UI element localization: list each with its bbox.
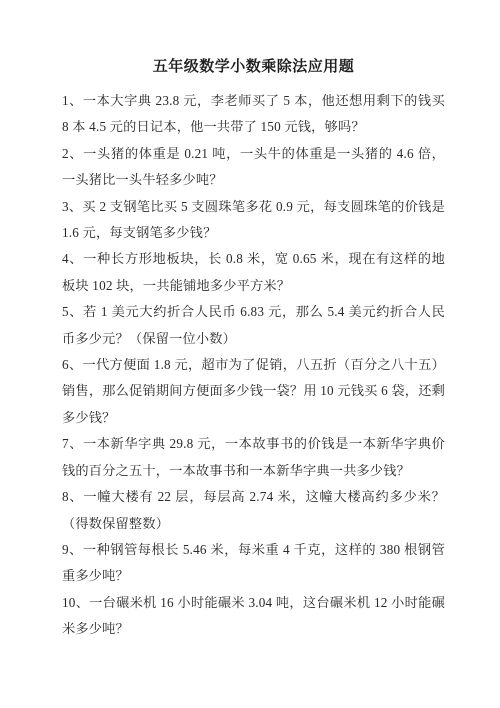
problem-7: 7、一本新华字典 29.8 元，一本故事书的价钱是一本新华字典价钱的百分之五十，…: [62, 431, 445, 484]
problem-10: 10、一台碾米机 16 小时能碾米 3.04 吨，这台碾米机 12 小时能碾米多…: [62, 590, 445, 643]
problem-list: 1、一本大字典 23.8 元，李老师买了 5 本，他还想用剩下的钱买 8 本 4…: [62, 88, 445, 643]
problem-4: 4、一种长方形地板块，长 0.8 米，宽 0.65 米，现在有这样的地板块 10…: [62, 246, 445, 299]
worksheet-page: 五年级数学小数乘除法应用题 1、一本大字典 23.8 元，李老师买了 5 本，他…: [0, 0, 500, 708]
problem-9: 9、一种钢管每根长 5.46 米，每米重 4 千克，这样的 380 根钢管重多少…: [62, 537, 445, 590]
problem-5: 5、若 1 美元大约折合人民币 6.83 元，那么 5.4 美元约折合人民币多少…: [62, 299, 445, 352]
page-title: 五年级数学小数乘除法应用题: [62, 54, 445, 80]
problem-6: 6、一代方便面 1.8 元，超市为了促销，八五折（百分之八十五）销售，那么促销期…: [62, 352, 445, 431]
problem-1: 1、一本大字典 23.8 元，李老师买了 5 本，他还想用剩下的钱买 8 本 4…: [62, 88, 445, 141]
problem-2: 2、一头猪的体重是 0.21 吨，一头牛的体重是一头猪的 4.6 倍，一头猪比一…: [62, 141, 445, 194]
problem-3: 3、买 2 支钢笔比买 5 支圆珠笔多花 0.9 元，每支圆珠笔的价钱是 1.6…: [62, 194, 445, 247]
problem-8: 8、一幢大楼有 22 层，每层高 2.74 米，这幢大楼高约多少米？（得数保留整…: [62, 484, 445, 537]
